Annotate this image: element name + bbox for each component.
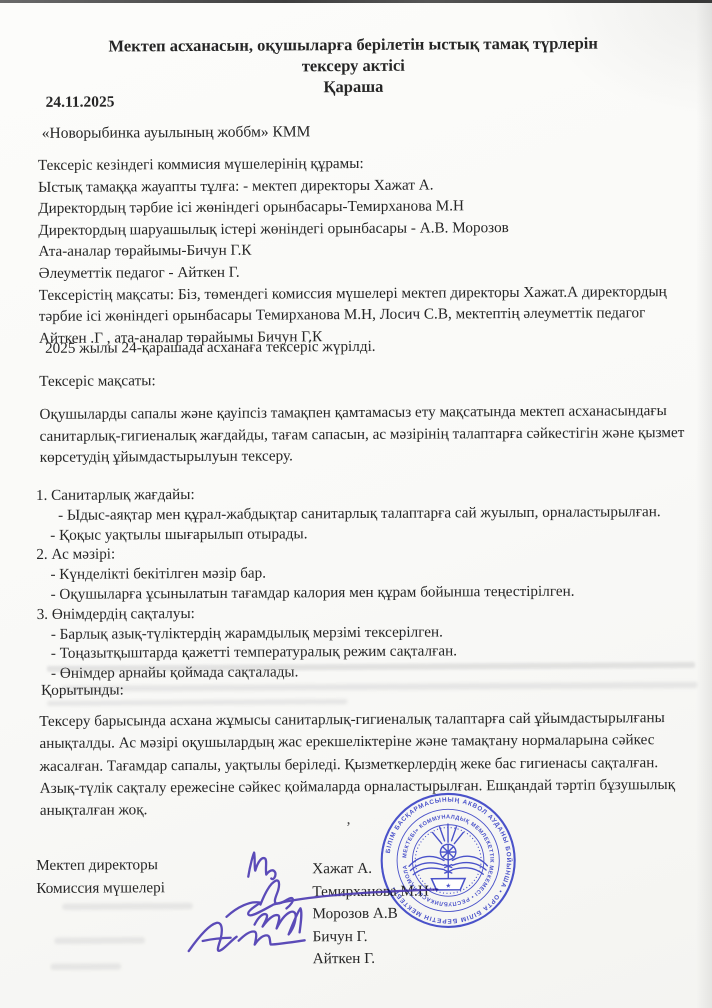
- conclusion-paragraph: Тексеру барысында асхана жұмысы санитарл…: [39, 707, 690, 822]
- findings-section: 1. Санитарлық жағдайы: - Ыдыс-аяқтар мен…: [36, 482, 662, 684]
- finding-item: - Ыдыс-аяқтар мен құрал-жабдықтар санита…: [36, 502, 661, 526]
- commission-line: тәрбие ісі жөніндегі орынбасары Темирхан…: [39, 302, 667, 327]
- finding-item: - Оқушыларға ұсынылатын тағамдар калория…: [36, 581, 661, 605]
- bleed-through-ghost: [61, 682, 697, 692]
- organization-name: «Новорыбинка ауылының жоббм» КММ: [42, 123, 311, 143]
- conclusion-heading: Қорытынды:: [41, 681, 124, 700]
- bleed-through-ghost: [55, 937, 145, 944]
- document-title: Мектеп асханасын, оқушыларға берілетін ы…: [0, 32, 710, 99]
- signature-stroke: [189, 922, 305, 951]
- kazakhstan-emblem: [409, 824, 488, 890]
- bleed-through-ghost: [47, 699, 347, 706]
- bleed-through-ghost: [51, 963, 121, 969]
- stamp-star: ★: [445, 883, 451, 890]
- official-round-stamp: БІЛІМ БАСҚАРМАСЫНЫҢ АКВОЛ АУДАНЫ БОЙЫНША…: [378, 790, 519, 931]
- purpose-paragraph: Оқушыларды сапалы және қауіпсіз тамақпен…: [39, 400, 687, 469]
- document-date: 24.11.2025: [45, 93, 114, 111]
- purpose-heading: Тексеріс мақсаты:: [39, 372, 156, 391]
- scanned-document-page: Мектеп асханасын, оқушыларға берілетін ы…: [0, 0, 712, 1008]
- commission-section: Тексеріс кезіндегі коммисия мүшелерінің …: [38, 151, 667, 349]
- signature-stroke: [248, 852, 275, 879]
- inspection-date-line: 2025 жылы 24-қарашада асханаға тексеріс …: [45, 338, 376, 358]
